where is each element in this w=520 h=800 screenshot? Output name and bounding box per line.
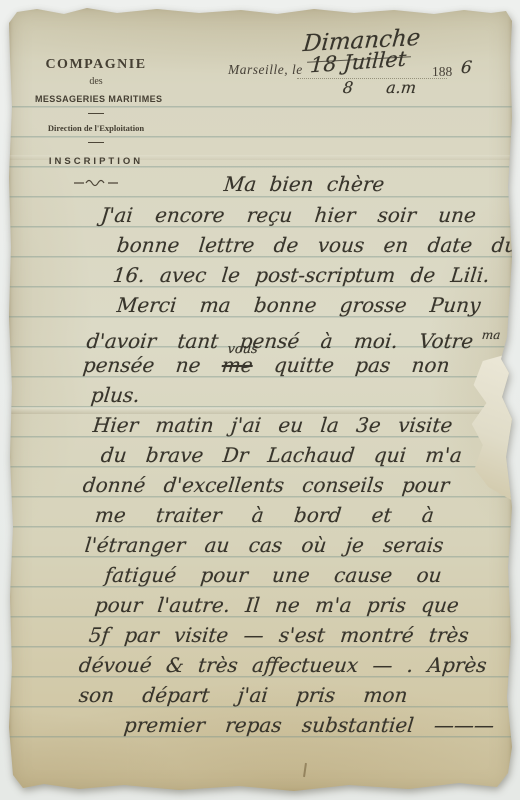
letterhead-divider [88,113,104,114]
handwritten-line: pour l'autre. Il ne m'a pris que [94,592,461,618]
scanned-letter: COMPAGNIE des MESSAGERIES MARITIMES Dire… [0,0,520,800]
correction-before: pensée ne [82,353,202,377]
handwritten-line: 5f par visite — s'est montré très [88,622,470,648]
section-label: INSCRIPTION [35,156,157,167]
bottom-tear-mark [303,763,307,777]
letterhead-divider [88,142,104,143]
company-name-line3: MESSAGERIES MARITIMES [35,94,157,104]
letter-page: COMPAGNIE des MESSAGERIES MARITIMES Dire… [9,7,512,793]
ornament-squiggle-icon [35,175,157,193]
company-name-line1: COMPAGNIE [35,57,157,73]
handwritten-line: Hier matin j'ai eu la 3e visite [92,412,454,438]
handwritten-time: 8 a.m [342,78,417,97]
handwritten-line: premier repas substantiel ——— puis [123,712,520,738]
handwritten-line: fatigué pour une cause ou [104,562,443,588]
torn-edge-patch [469,352,515,502]
handwritten-year-digit: 6 [460,58,473,78]
inserted-word: vous [226,337,259,363]
handwritten-line: Merci ma bonne grosse Puny [116,292,482,318]
superscript-catchword: ma [481,328,501,342]
line-text: d'avoir tant pensé à moi. Votre [85,329,474,353]
handwritten-line: dévoué & très affectueux — . Après [78,652,488,678]
handwritten-line: d'avoir tant pensé à moi. Votrema [85,322,501,354]
handwritten-line: son départ j'ai pris mon [78,682,409,708]
handwritten-line: me traiter à bord et à [94,502,436,528]
department-line: Direction de l'Exploitation [35,123,157,133]
handwritten-line: du brave Dr Lachaud qui m'a [100,442,464,468]
company-name-line2: des [35,76,157,87]
handwritten-line-with-correction: pensée ne mevous quitte pas non [82,352,451,378]
handwritten-line: bonne lettre de vous en date du [116,232,519,258]
handwritten-line: J'ai encore reçu hier soir une [100,202,478,228]
salutation: Ma bien chère [223,171,386,197]
correction-wrap: mevous [221,352,255,378]
correction-after: quitte pas non [273,353,451,377]
letterhead: COMPAGNIE des MESSAGERIES MARITIMES Dire… [35,57,157,193]
handwritten-line: plus. [90,382,141,408]
printed-year-stub: 188 [432,64,452,80]
handwritten-line: l'étranger au cas où je serais [84,532,445,558]
handwritten-line: donné d'excellents conseils pour [82,472,451,498]
printed-place-label: Marseille, le [228,62,303,78]
handwritten-line: 16. avec le post-scriptum de Lili. [112,262,491,288]
